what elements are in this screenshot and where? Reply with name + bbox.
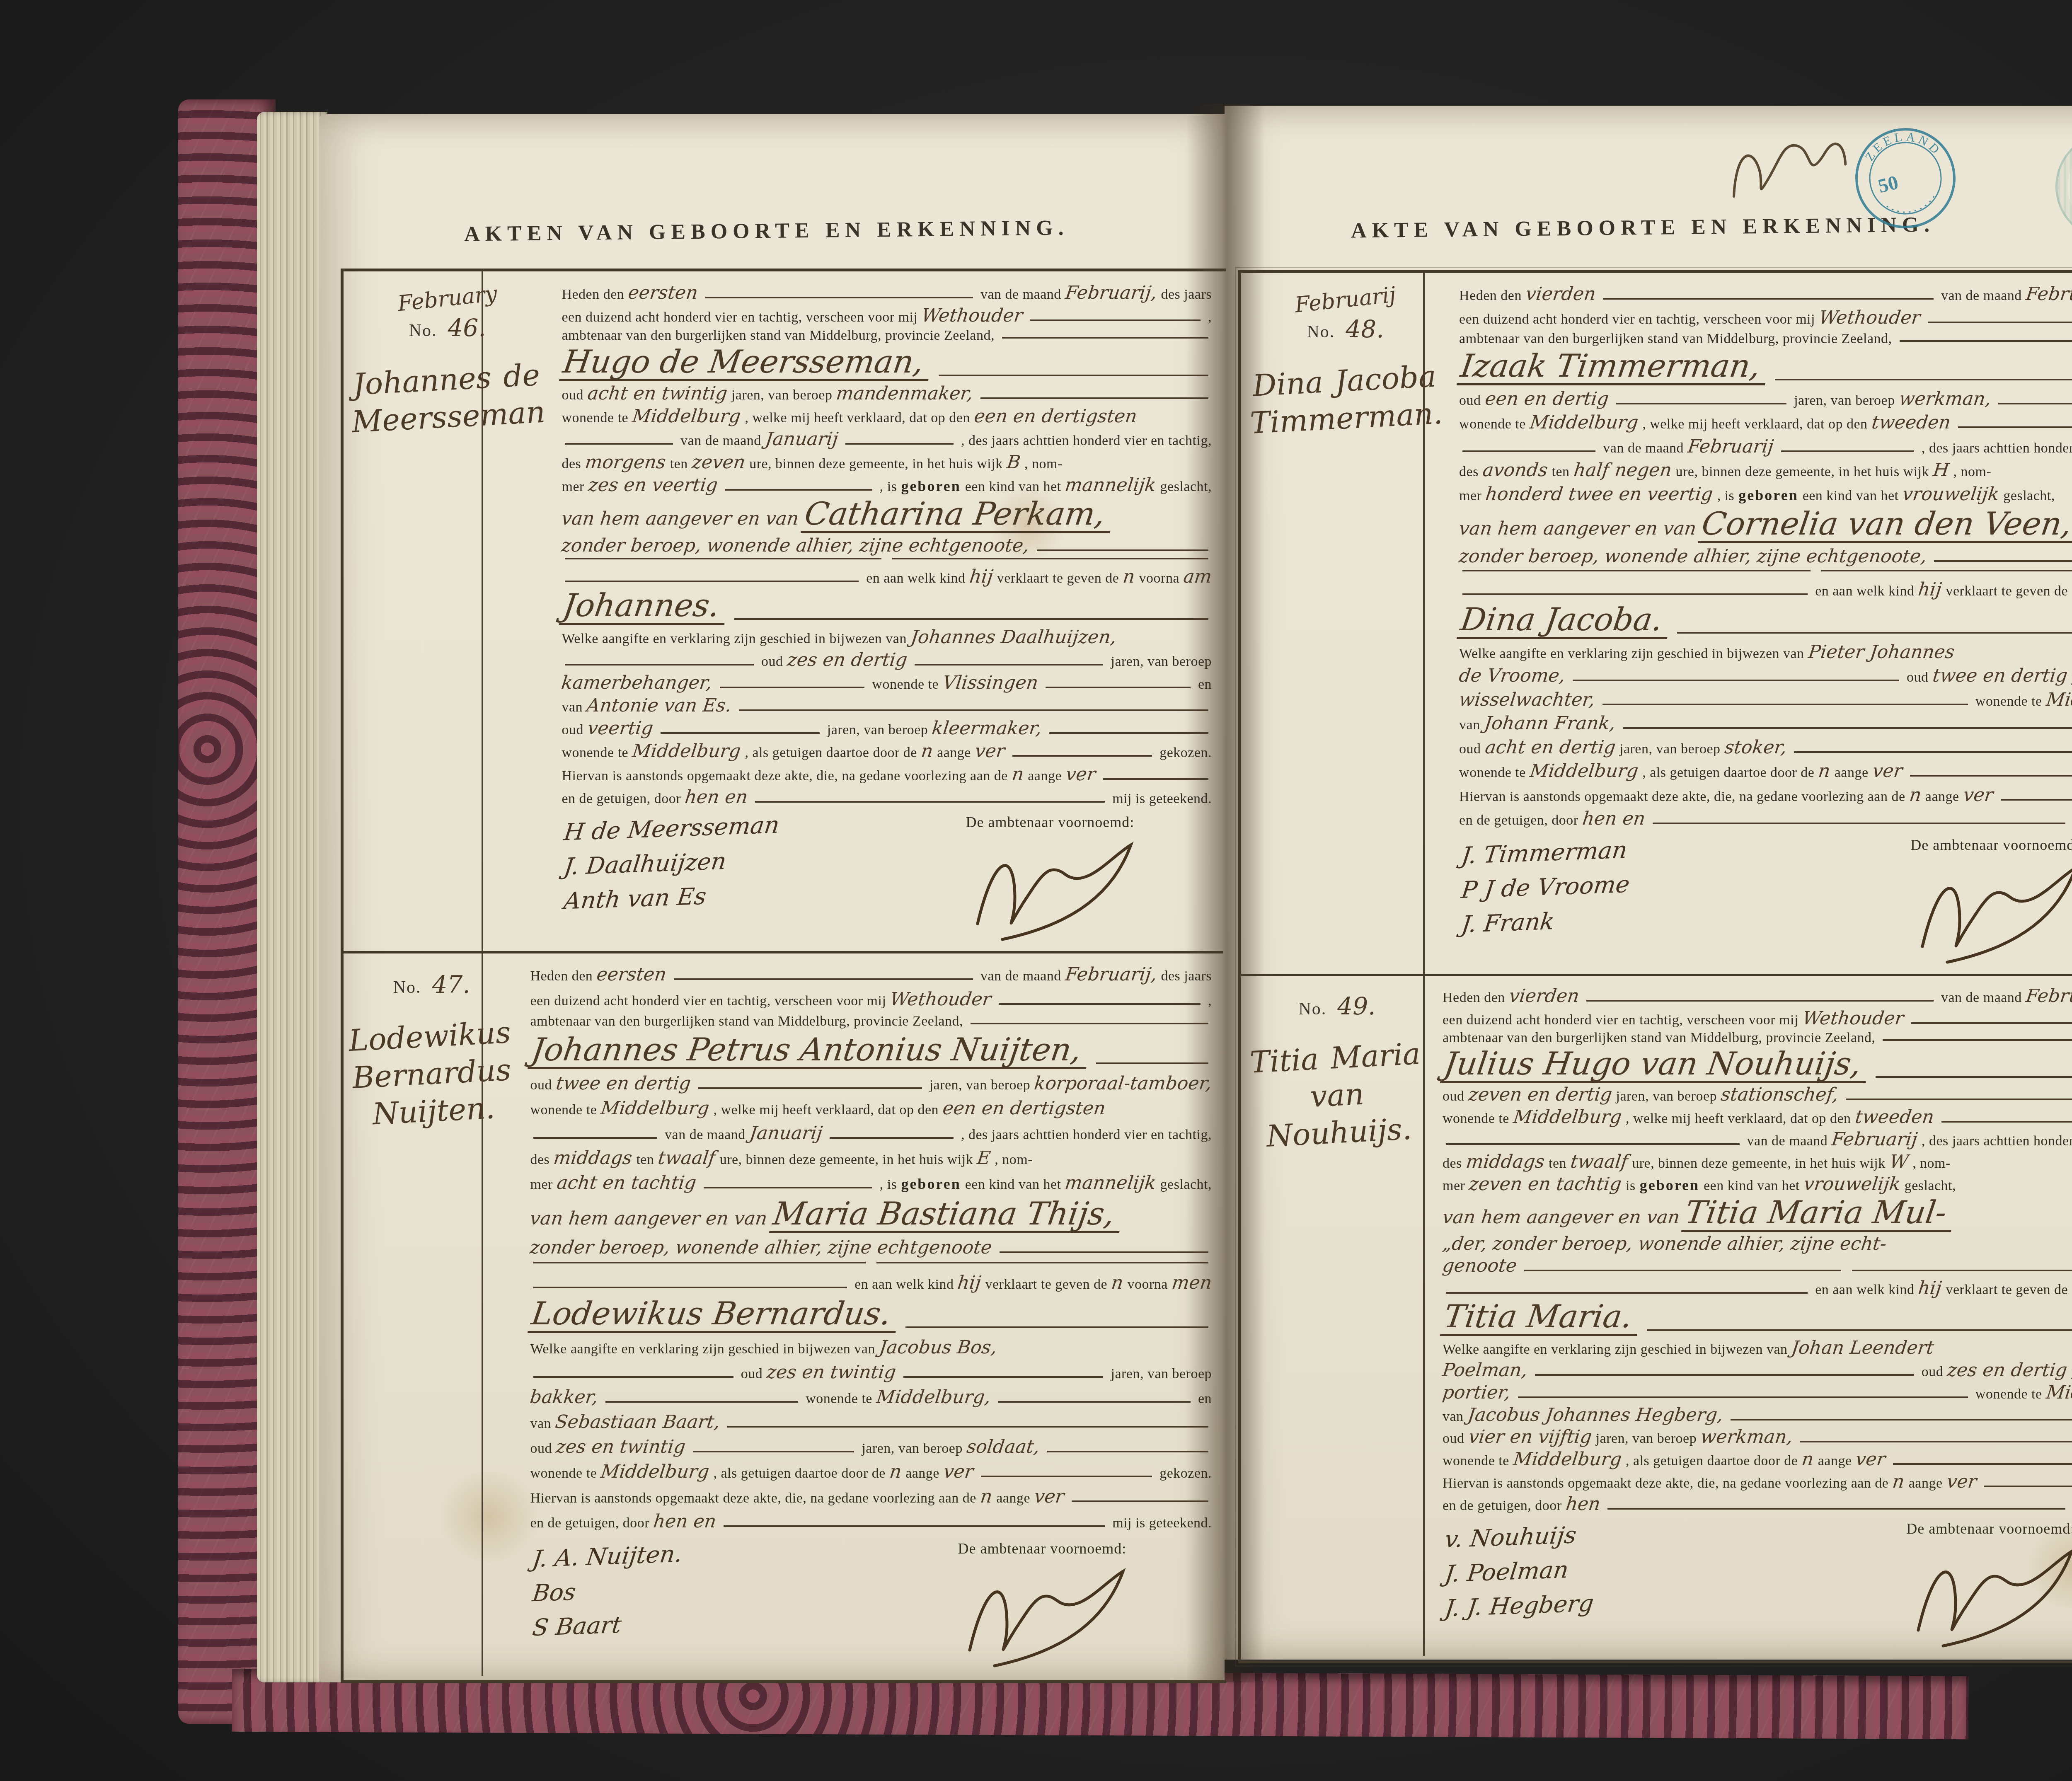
act-margin-column: FebruarijNo.48.Dina Jacoba Timmerman. (1243, 277, 1445, 970)
handwritten-text: bakker, (529, 1387, 599, 1408)
handwritten-text: Wethouder (920, 305, 1024, 326)
birth-act-46: FebruaryNo.46.Johannes de MeerssemanHede… (345, 276, 1220, 947)
printed-text: jaren, van beroep (929, 1077, 1031, 1093)
handwritten-text: zeven en tachtig (1468, 1174, 1623, 1195)
official-signature-flourish (1893, 1535, 2072, 1651)
handwritten-text: een en dertigsten (973, 406, 1138, 427)
printed-text: van de maand (1941, 288, 2022, 304)
printed-text: wonende te (1443, 1453, 1509, 1469)
fill-rule (693, 1451, 854, 1452)
handwritten-text: van hem aangever en van (1458, 518, 1697, 539)
printed-text: mij is geteekend. (1112, 791, 1212, 807)
handwritten-text: acht en twintig (586, 383, 729, 404)
fill-rule (1602, 704, 1968, 705)
handwritten-text: tweeden (1870, 412, 1951, 433)
printed-text: , welke mij heeft verklaard, dat op den (1626, 1111, 1851, 1127)
printed-text: van de maand (1941, 990, 2022, 1006)
printed-text: oud (1443, 1431, 1464, 1447)
act-line: kamerbehanger,wonende teVlissingenen (562, 672, 1212, 693)
printed-text: ure, binnen deze gemeente, in het huis w… (720, 1152, 973, 1168)
printed-text: , des jaars achttien honderd vier en tac… (1922, 1133, 2072, 1149)
handwritten-text: Middelburg (1529, 760, 1640, 782)
handwritten-text: werkman, (1898, 388, 1992, 409)
act-line: van de maandFebruarij, des jaars achttie… (1459, 436, 2072, 457)
act-line: wonende teMiddelburg, welke mij heeft ve… (562, 406, 1212, 427)
fill-rule (1623, 727, 2072, 729)
fill-rule (1573, 680, 1899, 681)
act-line: wonende teMiddelburg, welke mij heeft ve… (530, 1098, 1212, 1119)
fill-rule (1653, 823, 2065, 824)
act-line: merzeven en tachtigisgeboreneen kind van… (1443, 1174, 2072, 1195)
no-label: No. (1307, 322, 1335, 342)
fill-rule (1535, 1374, 1914, 1376)
act-line: zonder beroep, wonende alhier, zijne ech… (562, 535, 1212, 556)
handwritten-text: tweeden (1854, 1106, 1935, 1128)
printed-text: oud (1459, 741, 1481, 757)
handwritten-text: acht en tachtig (556, 1172, 697, 1193)
handwritten-text: Sebastiaan Baart, (554, 1411, 721, 1433)
printed-text: aange (1835, 765, 1869, 781)
printed-text: Welke aangifte en verklaring zijn geschi… (1443, 1342, 1787, 1358)
handwritten-text: zonder beroep, wonende alhier, zijne ech… (1458, 546, 1928, 567)
handwritten-text: een en dertigsten (942, 1098, 1107, 1119)
witness-signature: H de Meersseman (563, 808, 891, 846)
fill-rule (1586, 1000, 1934, 1002)
act-line: ambtenaar van den burgerlijken stand van… (1443, 1030, 2072, 1046)
act-margin-name: Johannes de Meersseman (349, 356, 546, 440)
birth-act-48: FebruarijNo.48.Dina Jacoba Timmerman.Hed… (1243, 277, 2072, 970)
printed-text: ure, binnen deze gemeente, in het huis w… (1675, 464, 1929, 480)
act-line: Izaak Timmerman, (1459, 349, 2072, 385)
fill-rule (1000, 1251, 1208, 1253)
printed-text: een kind van het (1704, 1178, 1800, 1194)
act-line: ambtenaar van den burgerlijken stand van… (530, 1014, 1212, 1029)
printed-text: , als getuigen daartoe door de (1642, 765, 1814, 781)
printed-text: , nom- (995, 1152, 1033, 1168)
handwritten-text: ver (1962, 784, 1994, 806)
printed-text: wonende te (562, 410, 628, 426)
handwritten-text: van hem aangever en van (560, 508, 800, 529)
act-line: Heden deneerstenvan de maandFebruarij,de… (530, 964, 1212, 985)
printed-text: wonende te (1975, 694, 2042, 709)
act-line: desmorgenstenzevenure, binnen deze gemee… (562, 452, 1212, 473)
fill-rule (1821, 570, 2072, 571)
handwritten-text: vier en vijftig (1467, 1426, 1593, 1447)
act-line (1459, 570, 2072, 576)
act-line: meracht en tachtig, isgeboreneen kind va… (530, 1172, 1212, 1193)
fill-rule (705, 297, 973, 298)
fill-rule (980, 397, 1208, 399)
printed-text: Welke aangifte en verklaring zijn geschi… (530, 1341, 875, 1357)
fill-rule (905, 1326, 1208, 1328)
stamp-number: 50 (1876, 171, 1900, 197)
printed-text: oud (562, 387, 583, 403)
fill-rule (1012, 755, 1152, 757)
handwritten-text: n (1891, 1471, 1906, 1492)
witness-signature: S Baart (531, 1602, 875, 1641)
printed-text: mer (1443, 1178, 1465, 1194)
handwritten-text: werkman, (1699, 1426, 1794, 1447)
handwritten-text: Februarij, (1064, 964, 1158, 985)
printed-text: een kind van het (1803, 488, 1899, 504)
act-line: Titia Maria. (1443, 1300, 2072, 1336)
printed-text: een kind van het (965, 479, 1061, 495)
printed-text: en de getuigen, door (562, 791, 681, 807)
handwritten-text: Wethouder (1818, 307, 1922, 328)
signature-block: J. TimmermanP J de VroomeJ. FrankDe ambt… (1459, 836, 2072, 967)
handwritten-text: Middelburg (631, 740, 742, 762)
witness-signature: J. A. Nuijten. (531, 1534, 875, 1573)
act-line: wonende teMiddelburg, als getuigen daart… (562, 740, 1212, 762)
handwritten-text: n (979, 1486, 994, 1507)
fill-rule (1910, 775, 2072, 777)
act-line (530, 1262, 1212, 1268)
handwritten-name: Izaak Timmerman, (1457, 349, 1770, 385)
printed-text: Hiervan is aanstonds opgemaakt deze akte… (1443, 1476, 1888, 1491)
handwritten-text: zes en dertig (786, 649, 908, 670)
act-line: oudtwee en dertigjaren, van beroepkorpor… (530, 1073, 1212, 1094)
printed-text: wonende te (806, 1391, 872, 1407)
act-line: wonende teMiddelburg, welke mij heeft ve… (1443, 1106, 2072, 1128)
fill-rule (1049, 732, 1208, 734)
act-margin-name: Titia Maria van Nouhuijs. (1246, 1035, 1428, 1156)
printed-text: oud (530, 1441, 552, 1457)
handwritten-text: ver (942, 1461, 975, 1482)
fill-rule (845, 443, 954, 445)
handwritten-text: avonds (1481, 460, 1549, 481)
fill-rule (1941, 1121, 2072, 1123)
handwritten-text: Januarij (764, 428, 840, 450)
printed-text: een duizend acht honderd vier en tachtig… (530, 993, 886, 1009)
printed-text: aange (905, 1466, 939, 1481)
printed-text: Heden den (562, 287, 624, 302)
handwritten-name: Titia Maria Mul- (1681, 1196, 1956, 1232)
handwritten-name: Dina Jacoba. (1457, 603, 1672, 639)
handwritten-text: hij (1917, 1278, 1943, 1299)
handwritten-text: Johannes Daalhuijzen, (910, 627, 1118, 648)
handwritten-text: middags (1465, 1151, 1546, 1172)
official-signature-flourish (953, 828, 1147, 944)
printed-text: Heden den (530, 968, 593, 984)
act-line: en de getuigen, doorhen enmij is geteeke… (562, 786, 1212, 808)
printed-text: oud (530, 1077, 552, 1093)
act-line: desmiddagstentwaalfure, binnen deze geme… (530, 1147, 1212, 1169)
printed-text: en (1198, 1391, 1212, 1407)
handwritten-text: zeven en dertig (1467, 1084, 1613, 1105)
act-line: een duizend acht honderd vier en tachtig… (1459, 307, 2072, 328)
handwritten-text: Februarij (1830, 1129, 1919, 1150)
act-number: 47. (432, 970, 470, 999)
printed-text: wonende te (1975, 1387, 2042, 1402)
handwritten-text: Februarij, (1064, 282, 1158, 303)
printed-text: geslacht, (1905, 1178, 1956, 1194)
witness-signature: Anth van Es (563, 876, 891, 915)
printed-text: een duizend acht honderd vier en tachtig… (1443, 1012, 1798, 1028)
act-line: wonende teMiddelburg, als getuigen daart… (1459, 760, 2072, 782)
handwritten-text: eersten (595, 964, 668, 985)
fill-rule (1462, 450, 1595, 452)
printed-text: Welke aangifte en verklaring zijn geschi… (562, 631, 906, 647)
handwritten-text: Wethouder (1801, 1008, 1905, 1029)
act-line: vanSebastiaan Baart, (530, 1411, 1212, 1433)
printed-text: ure, binnen deze gemeente, in het huis w… (1632, 1156, 1886, 1171)
handwritten-text: middags (552, 1147, 633, 1169)
printed-text: een duizend acht honderd vier en tachtig… (562, 310, 917, 325)
handwritten-name: Catharina Perkam, (801, 497, 1115, 533)
printed-text: geslacht, (1160, 479, 1212, 495)
act-divider-rule (342, 951, 1223, 953)
printed-text: van de maand (680, 433, 761, 449)
handwritten-text: Jacobus Johannes Hegberg, (1466, 1404, 1724, 1425)
printed-text: , is (880, 479, 897, 495)
handwritten-text: vrouwelijk (1803, 1174, 1902, 1195)
signature-block: J. A. Nuijten.BosS BaartDe ambtenaar voo… (530, 1540, 1212, 1671)
handwritten-text: Middelburg (2045, 689, 2072, 710)
fill-rule (1883, 1039, 2072, 1041)
birth-act-47: No.47.Lodewikus Bernardus Nuijten.Heden … (345, 957, 1220, 1673)
act-line: en aan welk kindhijverklaart te geven de… (1459, 579, 2072, 600)
act-line: Heden deneerstenvan de maandFebruarij,de… (562, 282, 1212, 303)
official-signature-flourish (945, 1555, 1140, 1671)
fill-rule (1096, 1062, 1208, 1064)
printed-text: aange (937, 745, 971, 761)
printed-text: ten (636, 1152, 654, 1168)
handwritten-text: Pieter Johannes (1807, 641, 1956, 663)
handwritten-text: twaalf (657, 1147, 716, 1169)
handwritten-text: zes en dertig (1946, 1360, 2069, 1381)
official-signature-flourish (1898, 851, 2072, 967)
handwritten-text: Vlissingen (942, 672, 1039, 693)
act-line: en aan welk kindhijverklaart te geven de… (530, 1272, 1212, 1293)
handwritten-text: veertig (586, 718, 654, 739)
act-line: Dina Jacoba. (1459, 603, 2072, 639)
act-line: desavondstenhalf negenure, binnen deze g… (1459, 460, 2072, 481)
fill-rule (1984, 1486, 2072, 1487)
handwritten-text: ver (1945, 1471, 1978, 1492)
printed-text: des (1459, 464, 1479, 480)
printed-text: oud (1922, 1364, 1944, 1380)
act-line: „der, zonder beroep, wonende alhier, zij… (1443, 1233, 2072, 1254)
handwritten-text: n (1801, 1449, 1815, 1470)
act-line: merzes en veertig, isgeboreneen kind van… (562, 474, 1212, 496)
printed-text: en aan welk kind (866, 571, 965, 586)
printed-text: geslacht, (1160, 1177, 1212, 1193)
printed-text: , als getuigen daartoe door de (745, 745, 917, 761)
act-body: Heden deneerstenvan de maandFebruarij,de… (547, 276, 1220, 947)
printed-text: , des jaars achttien honderd vier en tac… (961, 433, 1212, 449)
handwritten-text: mannelijk (1064, 1172, 1157, 1193)
printed-text: en aan welk kind (1815, 1282, 1914, 1298)
fill-rule (1518, 1396, 1968, 1398)
official-signature-area: De ambtenaar voornoemd: (888, 813, 1212, 944)
no-label: No. (409, 321, 437, 341)
act-line: wisselwachter,wonende teMiddelburgen (1459, 689, 2072, 710)
printed-text: jaren, van beroep (731, 387, 833, 403)
handwritten-text: kamerbehanger, (560, 672, 713, 693)
printed-text: aange (1818, 1453, 1852, 1469)
handwritten-name: Cornelia van den Veen, (1698, 507, 2072, 543)
act-line: ambtenaar van den burgerlijken stand van… (1459, 331, 2072, 347)
handwritten-text: portier, (1441, 1382, 1512, 1403)
handwritten-text: honderd twee en veertig (1484, 484, 1714, 505)
fill-rule (724, 1525, 1105, 1527)
act-line: van de maandJanuarij, des jaars achttien… (530, 1123, 1212, 1144)
printed-text: is (1626, 1178, 1636, 1194)
fill-rule (533, 1262, 865, 1263)
act-line: oudeen en dertigjaren, van beroepwerkman… (1459, 388, 2072, 409)
handwritten-text: Middelburg (1512, 1106, 1623, 1128)
handwritten-name: Johannes Petrus Antonius Nuijten, (528, 1033, 1091, 1069)
act-margin-column: No.49.Titia Maria van Nouhuijs. (1243, 979, 1428, 1653)
handwritten-text: zes en veertig (587, 474, 719, 496)
handwritten-text: hen en (652, 1511, 717, 1532)
act-line: en de getuigen, doorhenmij is geteekend. (1443, 1493, 2072, 1515)
printed-text: , (1208, 993, 1212, 1009)
handwritten-text: am (1182, 566, 1213, 587)
fill-rule (533, 1137, 657, 1139)
fill-rule (1893, 1463, 2072, 1465)
act-body: Heden denvierdenvan de maandFebruarij,de… (1445, 277, 2072, 970)
fill-rule (1616, 403, 1787, 404)
fill-rule (1603, 298, 1934, 300)
act-line: bakker,wonende teMiddelburg,en (530, 1387, 1212, 1408)
printed-text: jaren, van beroep (1794, 393, 1895, 409)
act-line: van de maandJanuarij, des jaars achttien… (562, 428, 1212, 450)
handwritten-text: genoote (1441, 1255, 1518, 1276)
printed-text: des jaars (1161, 287, 1212, 302)
handwritten-text: Johan Leendert (1790, 1337, 1935, 1358)
handwritten-text: E (976, 1147, 992, 1169)
act-line: Hugo de Meersseman, (562, 345, 1212, 381)
handwritten-text: H (1932, 460, 1951, 481)
handwritten-text: zonder beroep, wonende alhier, zijne ech… (560, 535, 1031, 556)
handwritten-text: n (888, 1461, 903, 1482)
handwritten-text: ver (1065, 764, 1097, 785)
signature-block: H de MeerssemanJ. DaalhuijzenAnth van Es… (562, 813, 1212, 944)
printed-text: wonende te (530, 1466, 597, 1481)
handwritten-text: mannelijk (1064, 474, 1157, 496)
printed-text: wonende te (872, 677, 939, 692)
printed-text: ten (670, 456, 688, 472)
handwritten-text: een en dertig (1484, 388, 1610, 409)
printed-text: wonende te (1443, 1111, 1509, 1127)
handwritten-text: Middelburg (1529, 412, 1640, 433)
no-label: No. (1298, 999, 1326, 1019)
fill-rule (1998, 403, 2072, 404)
printed-text: wonende te (1459, 416, 1526, 432)
printed-text: van (1443, 1409, 1464, 1425)
handwritten-text: half negen (1572, 460, 1673, 481)
fill-rule (755, 801, 1105, 803)
fill-rule (1037, 549, 1208, 551)
printed-text: wonende te (562, 745, 628, 761)
printed-text: verklaart te geven de (1946, 583, 2068, 599)
handwritten-text: Poelman, (1441, 1360, 1529, 1381)
fill-rule (1958, 426, 2072, 428)
handwritten-text: n (1110, 1272, 1125, 1293)
fill-rule (892, 558, 1208, 559)
fill-rule (1846, 1099, 2072, 1100)
handwritten-text: ver (974, 740, 1006, 762)
fill-rule (1462, 570, 1810, 571)
act-line: oudzes en twintigjaren, van beroep (530, 1362, 1212, 1383)
fill-rule (981, 1476, 1152, 1477)
fill-rule (698, 1087, 922, 1089)
witness-signature: J. Timmerman (1460, 830, 1820, 869)
handwritten-text: hen (1564, 1493, 1601, 1515)
act-margin-column: No.47.Lodewikus Bernardus Nuijten. (345, 957, 516, 1673)
no-label: No. (393, 978, 421, 997)
printed-text: van (562, 699, 583, 715)
printed-text: van de maand (1603, 440, 1684, 456)
fill-rule (1800, 1441, 2072, 1442)
handwritten-text: morgens (584, 452, 667, 473)
handwritten-text: n (1122, 566, 1136, 587)
handwritten-text: Middelburg, (875, 1387, 992, 1408)
printed-text: geslacht, (2003, 488, 2055, 504)
printed-text: , nom- (1953, 464, 1991, 480)
fill-rule (1928, 322, 2072, 323)
fill-rule (565, 558, 881, 559)
fill-rule (1647, 1329, 2072, 1331)
fill-rule (1607, 1508, 2065, 1510)
act-line: wonende teMiddelburg, als getuigen daart… (1443, 1449, 2072, 1470)
handwritten-text: Middelburg (600, 1461, 711, 1482)
handwritten-name: Lodewikus Bernardus. (528, 1297, 900, 1333)
act-line: en de getuigen, doorhen enmij is geteeke… (1459, 808, 2072, 829)
witness-signature: Bos (531, 1568, 875, 1607)
fill-rule (876, 1262, 1208, 1263)
act-line: en aan welk kindhijverklaart te geven de… (1443, 1278, 2072, 1299)
printed-text: , is (880, 1177, 897, 1193)
act-line: wonende teMiddelburg, welke mij heeft ve… (1459, 412, 2072, 433)
printed-text: , des jaars achttien honderd vier en tac… (1922, 440, 2072, 456)
printed-text: van (1459, 717, 1480, 733)
act-line: oudzes en dertigjaren, van beroep (562, 649, 1212, 670)
fill-rule (565, 581, 859, 582)
printed-text: ambtenaar van den burgerlijken stand van… (1443, 1030, 1875, 1046)
fill-rule (830, 1137, 954, 1139)
printed-text: oud (1443, 1089, 1464, 1104)
fill-rule (1876, 1076, 2072, 1078)
witness-signature: P J de Vroome (1460, 864, 1820, 904)
printed-text: jaren, van beroep (827, 722, 928, 738)
witness-signature: J. Poelman (1443, 1548, 1812, 1588)
act-body: Heden denvierdenvan de maandFebruarij,de… (1428, 979, 2072, 1653)
printed-text: voorna (1127, 1277, 1167, 1292)
printed-text: ambtenaar van den burgerlijken stand van… (530, 1014, 963, 1029)
act-line: genoote (1443, 1255, 2072, 1276)
fill-rule (971, 1023, 1208, 1024)
act-line: van hem aangever en vanCatharina Perkam, (562, 497, 1212, 533)
fill-rule (1462, 593, 1808, 595)
printed-text: jaren, van beroep (1111, 1366, 1212, 1382)
act-margin-name: Lodewikus Bernardus Nuijten. (348, 1014, 516, 1134)
handwritten-text: van hem aangever en van (1441, 1207, 1681, 1228)
handwritten-text: kleermaker, (931, 718, 1043, 739)
handwritten-text: soldaat, (966, 1436, 1041, 1457)
printed-text: oud (1907, 670, 1929, 685)
act-line: Hiervan is aanstonds opgemaakt deze akte… (562, 764, 1212, 785)
act-divider-rule (1240, 974, 2072, 976)
act-line (562, 558, 1212, 564)
fill-rule (720, 687, 865, 688)
signature-block: v. NouhuijsJ. PoelmanJ. J. HegbergDe amb… (1443, 1520, 2072, 1651)
act-line: oudzeven en dertigjaren, van beroepstati… (1443, 1084, 2072, 1105)
handwritten-text: Johann Frank, (1483, 713, 1617, 734)
fill-rule (915, 664, 1104, 665)
handwritten-text: Februarij (1687, 436, 1775, 457)
